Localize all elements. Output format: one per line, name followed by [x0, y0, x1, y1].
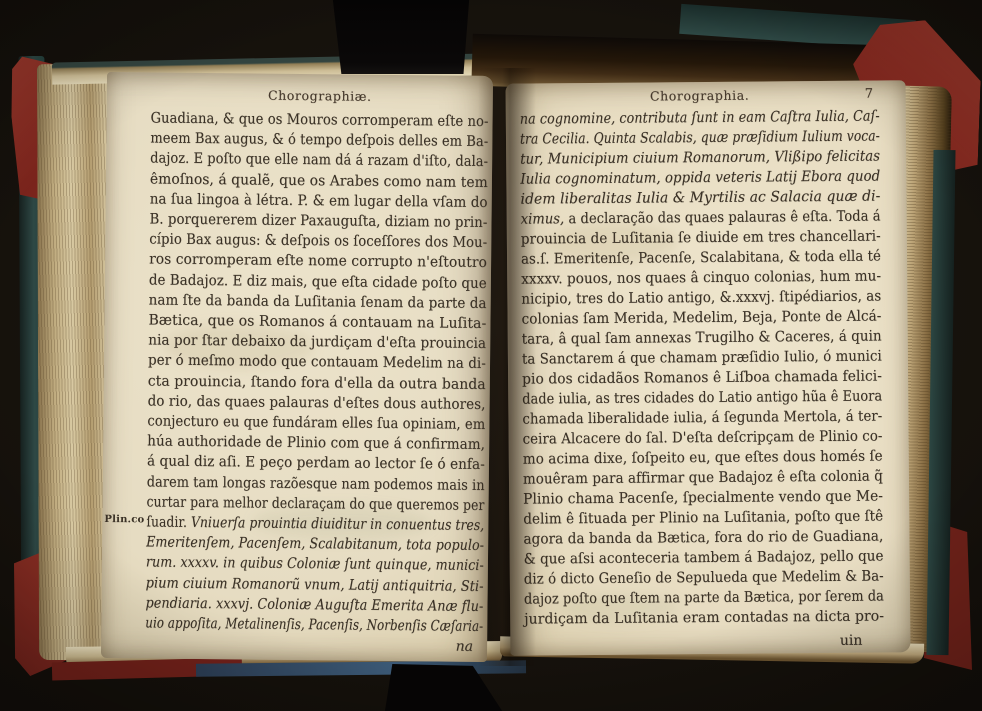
text-line: jurdiçam da Luſitania eram contadas na d… [524, 607, 870, 630]
right-text-block: Chorographia. 7 na cognomine, contributa… [520, 86, 885, 651]
left-text-block: Chorographiæ. Guadiana, & que os Mouros … [145, 86, 489, 655]
text-italic: Vniuerſa prouintia diuiditur in conuentu… [191, 515, 484, 534]
catchword: uin [524, 632, 884, 651]
margin-note: Plin.co [104, 514, 146, 525]
text-line: uio appoſita, Metalinenſis, Pacenſis, No… [145, 614, 420, 637]
right-page: Chorographia. 7 na cognomine, contributa… [506, 80, 911, 655]
text-line: tur, Municipium ciuium Romanorum, Vlißip… [520, 147, 848, 170]
text-line-mixed: ximus, a declaração das quaes palauras ê… [521, 207, 844, 230]
text-roman: ſuadir. [146, 514, 191, 530]
text-line: na cognomine, contributa ſunt in eam Caſ… [520, 107, 835, 130]
running-header: Chorographia. [650, 88, 749, 104]
running-header: Chorographiæ. [268, 88, 372, 104]
text-italic: ximus, [521, 211, 565, 227]
text-line: dade iulia, as tres cidades do Latio ant… [522, 387, 841, 410]
catchword: na [145, 636, 483, 656]
page-number: 7 [865, 87, 874, 102]
book-clamp-top [330, 0, 472, 74]
text-roman: a declaração das quaes palauras ê eſta. … [564, 208, 880, 227]
text-line: dajoz poſto que ſtem na parte da Bætica,… [524, 587, 843, 610]
book-scan-photo: Chorographiæ. Guadiana, & que os Mouros … [0, 0, 982, 711]
left-page: Chorographiæ. Guadiana, & que os Mouros … [101, 72, 493, 662]
text-line: tra Cecilia. Quinta Scalabis, quæ præſid… [520, 127, 825, 150]
